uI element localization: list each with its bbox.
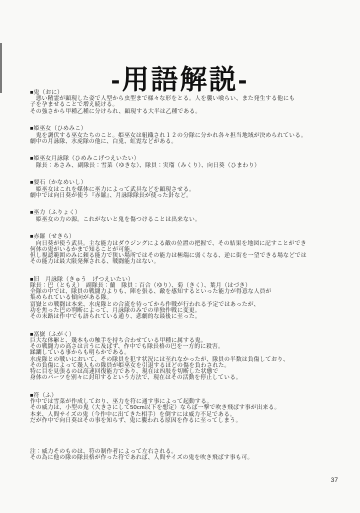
- glossary-section: ■旧 月詠隊（きゅう げつえいたい）隊長：巴（ともえ） 副隊長：蘭 隊員：百合（…: [30, 277, 334, 320]
- glossary-section: ■富嶽（ふがく）巨大な体躯と、幾本もの触手を持ち合わせている甲種に属する鬼。その…: [30, 332, 334, 382]
- section-line: 劇中では向日葵が使う『赤羅』、月詠隊隊長が使った針など。: [30, 193, 334, 199]
- glossary-content: ■鬼（おに） 悪い精霊が顕現した姿で人型から虫型まで様々な形をとる。人を襲い喰ら…: [30, 90, 334, 435]
- section-line: その末路は作中でも語られている通り、悲劇的な最後に至った。: [30, 314, 334, 320]
- section-line: だが作中で向日葵はその事を知らず、鬼に襲われる原因を作るに至ってしまう。: [30, 418, 334, 424]
- footnote-block: 注：威力そのものは、符の制作者によって左右される。 その為に他の隊の隊長格が作っ…: [30, 449, 334, 462]
- glossary-section: ■赤羅（せきら） 向日葵が使う武具。主な能力はダウジングによる敵の位置の把握で、…: [30, 234, 334, 265]
- document-page: -用語解説- ■鬼（おに） 悪い精霊が顕現した姿で人型から虫型まで様々な形をとる…: [0, 0, 360, 513]
- section-line: 向日葵が使う武具。主な能力はダウジングによる敵の位置の把握で、その結果を地図に記…: [30, 241, 334, 247]
- section-line: 水虎隊との戦いにおいて、その隊員を犯す状況には至れなかったが、隊員の半数は負傷し…: [30, 357, 334, 363]
- section-line: 劇中の月詠隊、水虎隊の他に、白兎、虹霓などがある。: [30, 139, 334, 145]
- section-line: 鬼を調伏する巫女たちのこと。姫巫女は組織され１２の分隊に分かれ各々担当地域が決め…: [30, 133, 334, 139]
- section-line: 姫巫女の力の源。これがないと鬼を傷つけることは出来ない。: [30, 217, 334, 223]
- section-line: その強さから甲種乙種に分けられ、顕現する大半は乙種である。: [30, 109, 334, 115]
- glossary-section: ■巫力（ふりょく） 姫巫女の力の源。これがないと鬼を傷つけることは出来ない。: [30, 210, 334, 222]
- glossary-section: ■姫巫女月詠隊（ひめみこげつえいたい） 隊長：あさみ、副隊長：雪菜（ゆきな）、隊…: [30, 156, 334, 168]
- section-line: その能力は最大限発揮される、戦闘能力はない。: [30, 259, 334, 265]
- page-number: 37: [331, 477, 338, 484]
- section-line: 隊長：あさみ、副隊長：雪菜（ゆきな）、隊員：実瑠（みくり）、向日葵（ひまわり）: [30, 163, 334, 169]
- glossary-section: ■要石（かなめいし） 姫巫女はこれを媒体に巫力によって武具などを顕現させる。劇中…: [30, 180, 334, 199]
- footnote-line: その為に他の隊の隊長格が作った符であれば、人間サイズの鬼を吹き飛ばす事も可。: [30, 455, 334, 461]
- glossary-section: ■姫巫女（ひめみこ） 鬼を調伏する巫女たちのこと。姫巫女は組織され１２の分隊に分…: [30, 126, 334, 145]
- section-line: 身体のパーツを別々に封印するという方法で、現在はその活動を停止している。: [30, 375, 334, 381]
- glossary-section: ■鬼（おに） 悪い精霊が顕現した姿で人型から虫型まで様々な形をとる。人を襲い喰ら…: [30, 90, 334, 115]
- glossary-section: ■符（ふ）作中では雪菜が作成しており、巫力を符に通す事によって起動する。その威力…: [30, 393, 334, 424]
